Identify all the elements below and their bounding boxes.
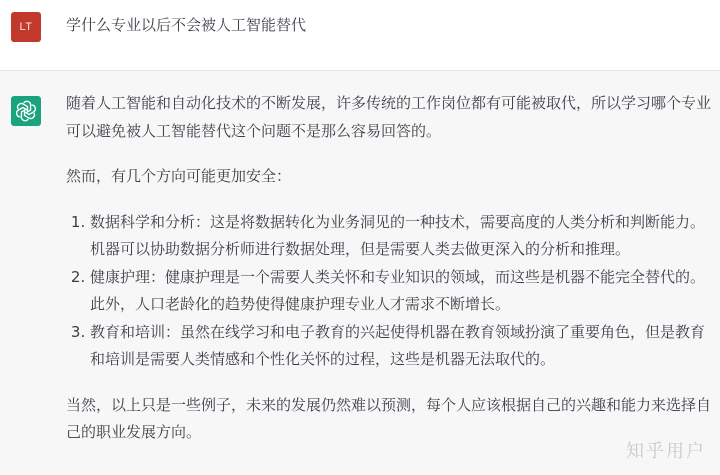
- list-item: 教育和培训：虽然在线学习和电子教育的兴起使得机器在教育领域扮演了重要角色，但是教…: [90, 319, 714, 374]
- openai-logo-icon: [15, 100, 37, 122]
- list-item: 健康护理：健康护理是一个需要人类关怀和专业知识的领域，而这些是机器不能完全替代的…: [90, 264, 714, 319]
- user-message-text: 学什么专业以后不会被人工智能替代: [66, 14, 306, 36]
- user-message-row: LT 学什么专业以后不会被人工智能替代: [0, 0, 720, 71]
- watermark: 知乎用户: [626, 437, 706, 463]
- user-avatar-initials: LT: [19, 21, 32, 33]
- suggestion-list: 数据科学和分析：这是将数据转化为业务洞见的一种技术，需要高度的人类分析和判断能力…: [66, 209, 714, 374]
- user-avatar: LT: [11, 12, 41, 42]
- assistant-message-row: 随着人工智能和自动化技术的不断发展，许多传统的工作岗位都有可能被取代，所以学习哪…: [0, 71, 720, 475]
- list-item: 数据科学和分析：这是将数据转化为业务洞见的一种技术，需要高度的人类分析和判断能力…: [90, 209, 714, 264]
- assistant-lead: 然而，有几个方向可能更加安全：: [66, 163, 714, 191]
- assistant-message-content: 随着人工智能和自动化技术的不断发展，许多传统的工作岗位都有可能被取代，所以学习哪…: [66, 90, 714, 465]
- assistant-conclusion: 当然，以上只是一些例子，未来的发展仍然难以预测，每个人应该根据自己的兴趣和能力来…: [66, 392, 714, 447]
- assistant-avatar: [11, 96, 41, 126]
- assistant-intro: 随着人工智能和自动化技术的不断发展，许多传统的工作岗位都有可能被取代，所以学习哪…: [66, 90, 714, 145]
